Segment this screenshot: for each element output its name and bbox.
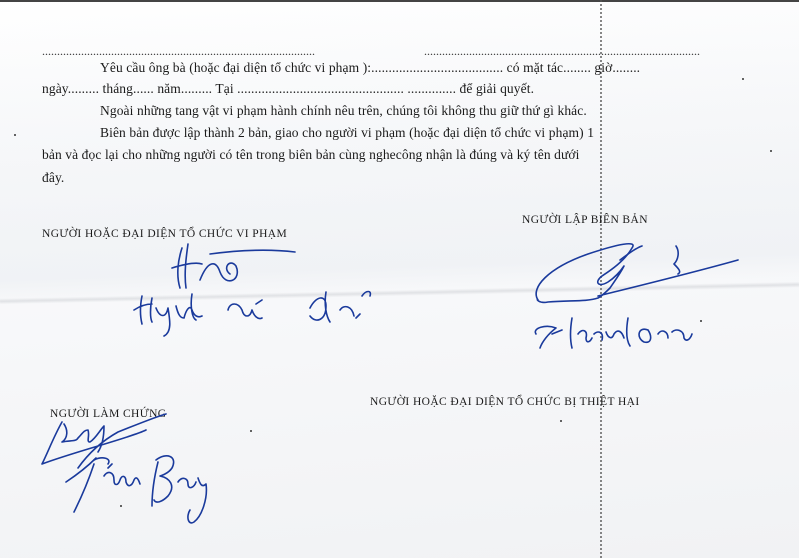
heading-violator: Người hoặc đại diện tổ chức vi phạm: [42, 228, 287, 240]
heading-victim: Người hoặc đại diện tổ chức bị thiệt hại: [370, 396, 640, 408]
scan-speck: [742, 78, 744, 80]
text-line-no-other-items: Ngoài những tang vật vi phạm hành chính …: [100, 103, 587, 119]
scan-speck: [250, 430, 252, 432]
scan-speck: [120, 505, 122, 507]
page-top-border: [0, 0, 799, 2]
scan-speck: [770, 150, 772, 152]
text-line-date-place: ngày......... tháng...... năm......... T…: [42, 81, 534, 97]
scan-speck: [14, 134, 16, 136]
text-line-read-aloud: bản và đọc lại cho những người có tên tr…: [42, 147, 580, 163]
text-line-below: đây.: [42, 170, 64, 186]
signature-witness: [38, 412, 238, 532]
text-line-request: Yêu cầu ông bà (hoặc đại diện tổ chức vi…: [100, 60, 640, 76]
signature-record-maker: [528, 238, 768, 358]
dotted-leader-left: ........................................…: [42, 44, 362, 59]
text-line-copies: Biên bản được lập thành 2 bản, giao cho …: [100, 125, 594, 141]
scan-speck: [700, 320, 702, 322]
signature-violator: [130, 240, 410, 330]
scanned-document-page: ........................................…: [0, 0, 799, 558]
scan-speck: [560, 420, 562, 422]
heading-record-maker: Người lập biên bản: [522, 214, 648, 226]
dotted-leader-right: ........................................…: [424, 44, 774, 59]
